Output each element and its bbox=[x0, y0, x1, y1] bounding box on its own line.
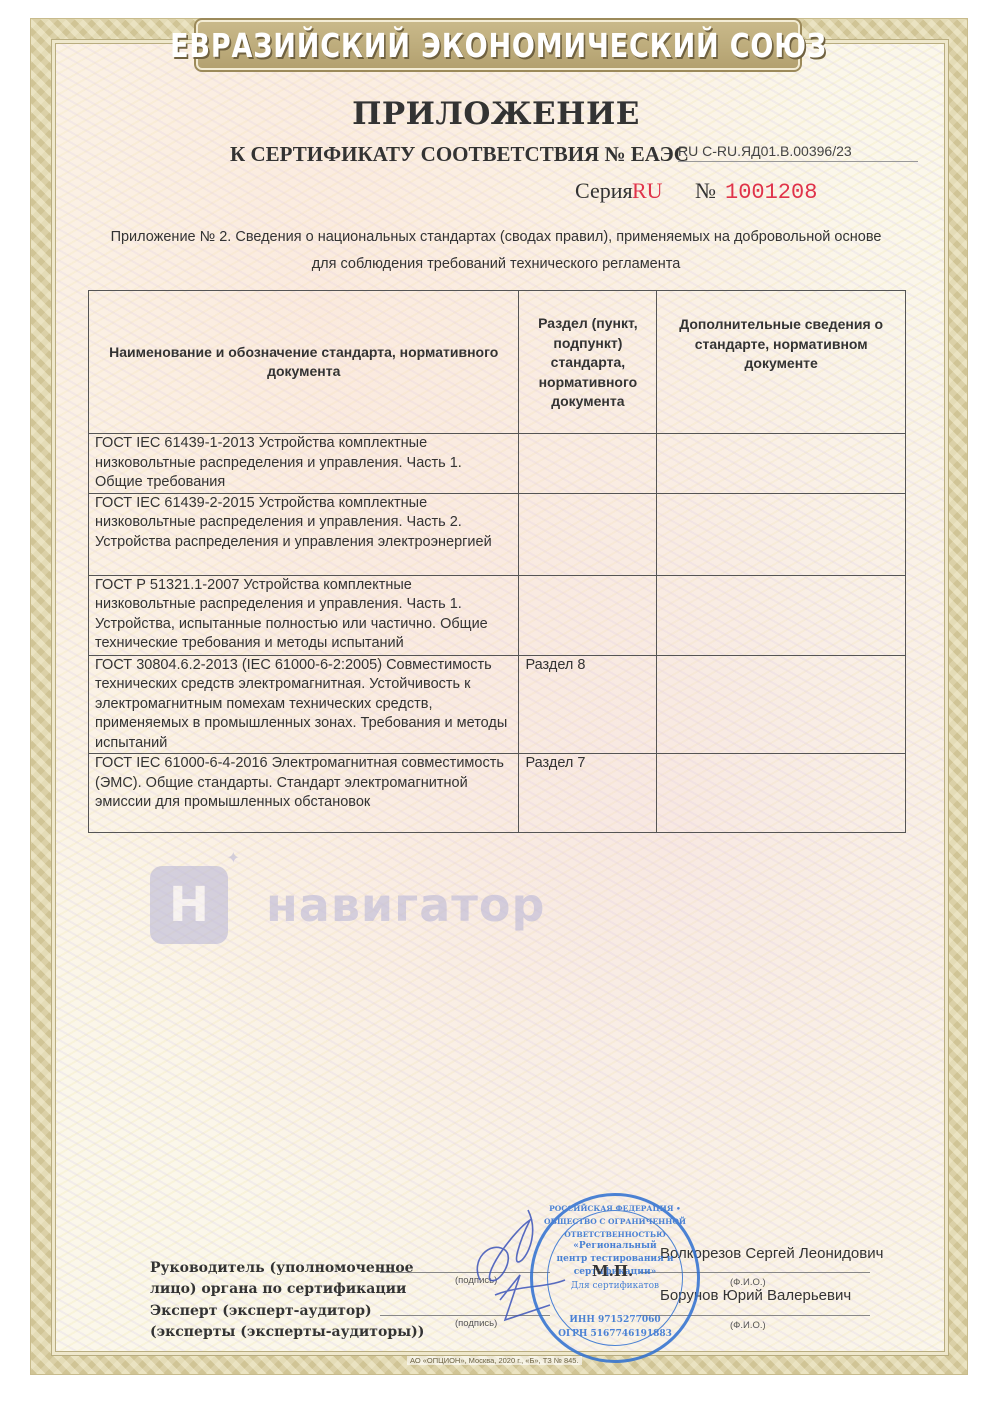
printer-imprint: АО «ОПЦИОН», Москва, 2020 г., «Б», ТЗ № … bbox=[407, 1356, 582, 1365]
head-label-line-1: Руководитель (уполномоченное bbox=[150, 1258, 414, 1279]
intro-line-1: Приложение № 2. Сведения о национальных … bbox=[60, 224, 932, 251]
union-banner: ЕВРАЗИЙСКИЙ ЭКОНОМИЧЕСКИЙ СОЮЗ bbox=[196, 20, 800, 70]
head-fio-caption: (Ф.И.О.) bbox=[730, 1277, 766, 1288]
series-value: RU bbox=[632, 178, 663, 204]
seal-ogrn: ОГРН 5167746191883 bbox=[533, 1328, 697, 1341]
watermark-text: навигатор bbox=[266, 878, 545, 932]
head-label: Руководитель (уполномоченное лицо) орган… bbox=[150, 1258, 414, 1300]
head-label-line-2: лицо) органа по сертификации bbox=[150, 1279, 414, 1300]
cell-standard: ГОСТ IEC 61439-1-2013 Устройства комплек… bbox=[89, 434, 519, 494]
union-banner-text: ЕВРАЗИЙСКИЙ ЭКОНОМИЧЕСКИЙ СОЮЗ bbox=[170, 26, 827, 65]
expert-fio-caption: (Ф.И.О.) bbox=[730, 1320, 766, 1331]
certificate-label: К СЕРТИФИКАТУ СООТВЕТСТВИЯ № ЕАЭС bbox=[230, 142, 689, 167]
expert-label-line-2: (эксперты (эксперты-аудиторы)) bbox=[150, 1322, 424, 1343]
cell-section bbox=[519, 575, 657, 655]
expert-label: Эксперт (эксперт-аудитор) (эксперты (экс… bbox=[150, 1301, 424, 1343]
cell-section bbox=[519, 434, 657, 494]
cell-additional bbox=[657, 434, 906, 494]
seal-place-mark: М.П. bbox=[592, 1262, 633, 1280]
blank-number: 1001208 bbox=[725, 180, 817, 205]
table-row: ГОСТ IEC 61000-6-4-2016 Электромагнитная… bbox=[89, 754, 906, 833]
certificate-number: RU C-RU.ЯД01.В.00396/23 bbox=[678, 143, 918, 162]
table-header-row: Наименование и обозначение стандарта, но… bbox=[89, 291, 906, 434]
cell-section: Раздел 7 bbox=[519, 754, 657, 833]
cell-standard: ГОСТ Р 51321.1-2007 Устройства комплектн… bbox=[89, 575, 519, 655]
cell-standard: ГОСТ IEC 61439-2-2015 Устройства комплек… bbox=[89, 493, 519, 575]
cell-standard: ГОСТ IEC 61000-6-4-2016 Электромагнитная… bbox=[89, 754, 519, 833]
header-additional-info: Дополнительные сведения о стандарте, нор… bbox=[657, 291, 906, 434]
sparkle-icon: ✦ bbox=[227, 848, 240, 868]
table-row: ГОСТ IEC 61439-2-2015 Устройства комплек… bbox=[89, 493, 906, 575]
number-label: № bbox=[695, 178, 716, 204]
header-section: Раздел (пункт, подпункт) стандарта, норм… bbox=[519, 291, 657, 434]
standards-table: Наименование и обозначение стандарта, но… bbox=[88, 290, 906, 833]
intro-line-2: для соблюдения требований технического р… bbox=[60, 251, 932, 278]
cell-additional bbox=[657, 754, 906, 833]
cell-standard: ГОСТ 30804.6.2-2013 (IEC 61000-6-2:2005)… bbox=[89, 655, 519, 754]
seal-line-4: Для сертификатов bbox=[533, 1280, 697, 1293]
cell-additional bbox=[657, 493, 906, 575]
cell-additional bbox=[657, 575, 906, 655]
navigator-logo-icon: H ✦ bbox=[150, 866, 228, 944]
table-row: ГОСТ 30804.6.2-2013 (IEC 61000-6-2:2005)… bbox=[89, 655, 906, 754]
cell-additional bbox=[657, 655, 906, 754]
cell-section bbox=[519, 493, 657, 575]
cell-section: Раздел 8 bbox=[519, 655, 657, 754]
table-row: ГОСТ Р 51321.1-2007 Устройства комплектн… bbox=[89, 575, 906, 655]
intro-text: Приложение № 2. Сведения о национальных … bbox=[60, 224, 932, 278]
series-label: Серия bbox=[575, 178, 633, 204]
page-title: ПРИЛОЖЕНИЕ bbox=[0, 96, 992, 132]
seal-inn: ИНН 9715277060 bbox=[533, 1314, 697, 1327]
seal-outer-text: РОССИЙСКАЯ ФЕДЕРАЦИЯ • ОБЩЕСТВО С ОГРАНИ… bbox=[533, 1202, 697, 1241]
seal-line-1: «Региональный bbox=[533, 1240, 697, 1253]
logo-letter: H bbox=[169, 877, 209, 933]
table-row: ГОСТ IEC 61439-1-2013 Устройства комплек… bbox=[89, 434, 906, 494]
header-standard-name: Наименование и обозначение стандарта, но… bbox=[89, 291, 519, 434]
expert-label-line-1: Эксперт (эксперт-аудитор) bbox=[150, 1301, 424, 1322]
navigator-watermark: H ✦ навигатор bbox=[150, 866, 545, 944]
